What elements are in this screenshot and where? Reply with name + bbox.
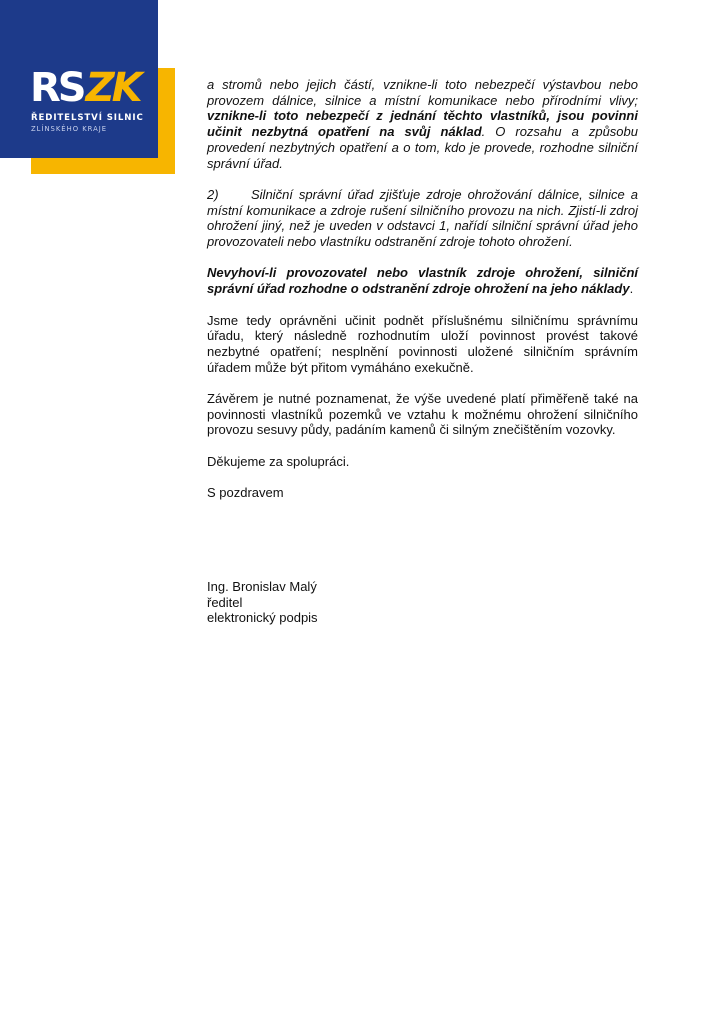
paragraph-2-text: Silniční správní úřad zjišťuje zdroje oh… <box>207 187 638 249</box>
logo-rs: RS <box>30 66 84 110</box>
signature-name: Ing. Bronislav Malý <box>207 579 638 595</box>
letter-body: a stromů nebo jejich částí, vznikne-li t… <box>207 77 638 626</box>
paragraph-2: 2)Silniční správní úřad zjišťuje zdroje … <box>207 187 638 250</box>
paragraph-1-text-a: a stromů nebo jejich částí, vznikne-li t… <box>207 77 638 108</box>
logo-org-name: ŘEDITELSTVÍ SILNIC <box>31 113 144 123</box>
logo-zk: ZK <box>86 66 140 110</box>
paragraph-1: a stromů nebo jejich částí, vznikne-li t… <box>207 77 638 171</box>
thanks-line: Děkujeme za spolupráci. <box>207 454 638 470</box>
paragraph-3-tail: . <box>630 281 634 296</box>
signature-note: elektronický podpis <box>207 610 638 626</box>
logo-org-region: ZLÍNSKÉHO KRAJE <box>31 125 107 133</box>
signature-block: Ing. Bronislav Malý ředitel elektronický… <box>207 579 638 626</box>
paragraph-3: Nevyhoví-li provozovatel nebo vlastník z… <box>207 265 638 296</box>
paragraph-4: Jsme tedy oprávněni učinit podnět příslu… <box>207 313 638 376</box>
paragraph-2-number: 2) <box>207 187 251 203</box>
logo-mark: RSZK <box>30 66 140 110</box>
paragraph-5: Závěrem je nutné poznamenat, že výše uve… <box>207 391 638 438</box>
closing-line: S pozdravem <box>207 485 638 501</box>
paragraph-3-bold: Nevyhoví-li provozovatel nebo vlastník z… <box>207 265 638 296</box>
signature-title: ředitel <box>207 595 638 611</box>
